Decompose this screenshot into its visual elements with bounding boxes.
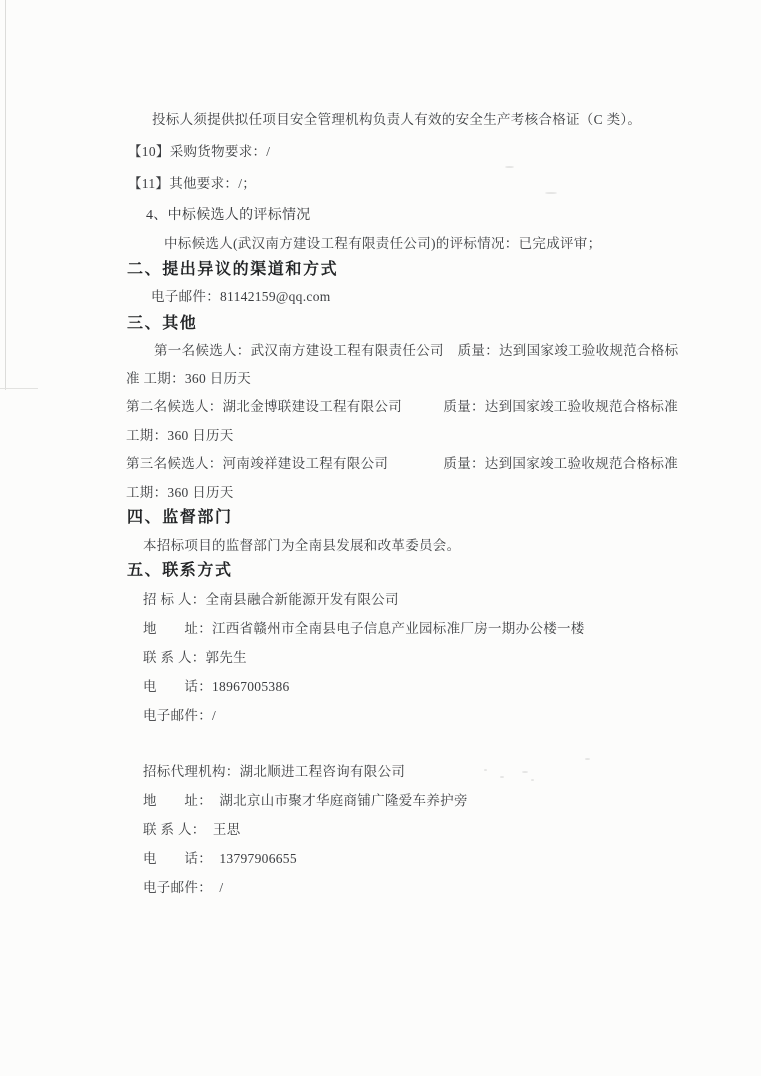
tenderer-address-line: 地 址：江西省赣州市全南县电子信息产业园标准厂房一期办公楼一楼	[143, 621, 585, 638]
scan-edge-artifact-vertical	[5, 0, 6, 390]
candidate-1-line-1: 第一名候选人：武汉南方建设工程有限责任公司 质量：达到国家竣工验收规范合格标	[154, 343, 678, 360]
tenderer-email-line: 电子邮件：/	[143, 708, 216, 725]
section-supervision-title: 四、监督部门	[127, 508, 233, 528]
requirement-item-11: 【11】其他要求：/；	[128, 176, 256, 193]
section-contact-title: 五、联系方式	[127, 561, 233, 581]
agency-phone-line: 电 话： 13797906655	[143, 851, 297, 868]
supervision-body: 本招标项目的监督部门为全南县发展和改革委员会。	[143, 538, 460, 555]
scan-speck	[500, 776, 504, 778]
eval-status-heading: 4、中标候选人的评标情况	[146, 207, 311, 225]
eval-status-result: 中标候选人(武汉南方建设工程有限责任公司)的评标情况：已完成评审；	[164, 236, 601, 253]
objection-email-line: 电子邮件：81142159@qq.com	[151, 289, 331, 306]
agency-email-line: 电子邮件： /	[143, 880, 223, 897]
candidate-3-line-2: 工期：360 日历天	[126, 485, 234, 502]
agency-contact-line: 联 系 人： 王思	[143, 822, 241, 839]
tenderer-phone-line: 电 话：18967005386	[143, 679, 290, 696]
candidate-1-line-2: 准 工期：360 日历天	[126, 371, 251, 388]
scanned-document-page: 投标人须提供拟任项目安全管理机构负责人有效的安全生产考核合格证（C 类）。 【1…	[0, 0, 761, 1076]
scan-speck	[585, 758, 590, 760]
requirement-item-10: 【10】采购货物要求：/	[128, 144, 270, 161]
scan-speck	[545, 192, 557, 194]
section-objection-title: 二、提出异议的渠道和方式	[127, 260, 338, 280]
agency-address-line: 地 址： 湖北京山市聚才华庭商铺广隆爱车养护旁	[143, 793, 468, 810]
scan-edge-artifact-horizontal	[0, 388, 38, 389]
candidate-3-line-1: 第三名候选人：河南竣祥建设工程有限公司 质量：达到国家竣工验收规范合格标准	[126, 456, 678, 473]
preamble-note: 投标人须提供拟任项目安全管理机构负责人有效的安全生产考核合格证（C 类）。	[152, 112, 641, 129]
tenderer-contact-line: 联 系 人：郭先生	[143, 650, 247, 667]
section-other-title: 三、其他	[127, 314, 197, 334]
agency-name-line: 招标代理机构：湖北顺进工程咨询有限公司	[143, 764, 405, 781]
candidate-2-line-2: 工期：360 日历天	[126, 428, 234, 445]
scan-speck	[484, 769, 487, 771]
scan-speck	[505, 166, 514, 168]
scan-speck	[522, 771, 528, 773]
tenderer-name-line: 招 标 人：全南县融合新能源开发有限公司	[143, 592, 399, 609]
scan-speck	[531, 779, 534, 781]
candidate-2-line-1: 第二名候选人：湖北金博联建设工程有限公司 质量：达到国家竣工验收规范合格标准	[126, 399, 678, 416]
